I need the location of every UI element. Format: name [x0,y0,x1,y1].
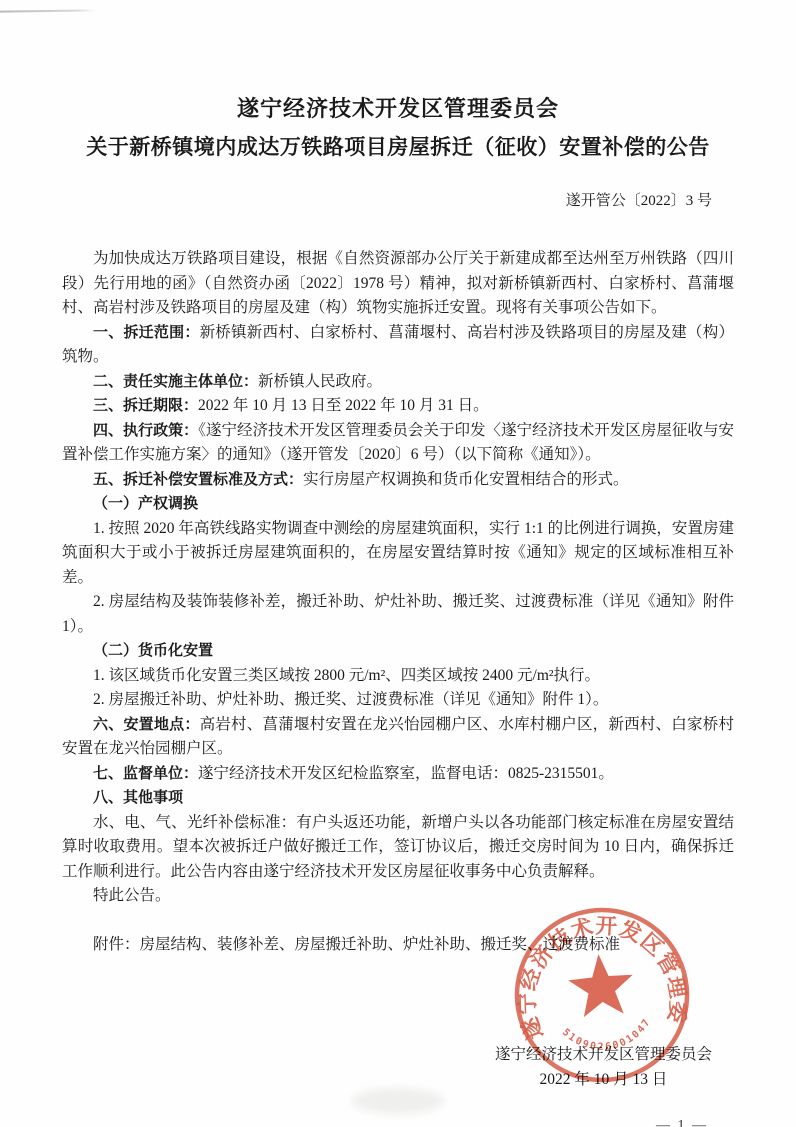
section-responsible-unit: 二、责任实施主体单位：新桥镇人民政府。 [62,370,734,395]
section-deadline: 三、拆迁期限：2022 年 10 月 13 日至 2022 年 10 月 31 … [62,394,734,419]
seal-star-icon [566,951,636,1018]
paragraph-closing: 特此公告。 [62,884,734,909]
page-number: — 1 — [0,1118,796,1127]
section-location: 六、安置地点：高岩村、菖蒲堰村安置在龙兴怡园棚户区、水库村棚户区，新西村、白家桥… [62,713,734,762]
document-subtitle: 关于新桥镇境内成达万铁路项目房屋拆迁（征收）安置补偿的公告 [0,133,796,162]
doc-number: 遂开管公〔2022〕3 号 [0,189,796,210]
item-swap-1: 1. 按照 2020 年高铁线路实物调查中测绘的房屋建筑面积，实行 1:1 的比… [62,517,734,591]
item-monetary-2: 2. 房屋搬迁补助、炉灶补助、搬迁奖、过渡费标准（详见《通知》附件 1）。 [62,688,734,713]
attachment-line: 附件：房屋结构、装修补差、房屋搬迁补助、炉灶补助、搬迁奖、过渡费标准 [62,933,734,958]
section-scope: 一、拆迁范围：新桥镇新西村、白家桥村、菖蒲堰村、高岩村涉及铁路项目的房屋及建（构… [62,321,734,370]
document-body: 为加快成达万铁路项目建设，根据《自然资源部办公厅关于新建成都至达州至万州铁路（四… [62,247,734,957]
scan-artifact-smudge [352,1088,444,1114]
paragraph-intro: 为加快成达万铁路项目建设，根据《自然资源部办公厅关于新建成都至达州至万州铁路（四… [62,247,734,321]
signature-date: 2022 年 10 月 13 日 [495,1067,712,1092]
section-other: 八、其他事项 [62,786,734,811]
signature-block: 遂宁经济技术开发区管理委员会 2022 年 10 月 13 日 [495,1042,712,1092]
document-page: 遂宁经济技术开发区管理委员会 关于新桥镇境内成达万铁路项目房屋拆迁（征收）安置补… [0,0,796,1127]
page-title: 遂宁经济技术开发区管理委员会 [0,94,796,124]
section-policy: 四、执行政策：《遂宁经济技术开发区管理委员会关于印发〈遂宁经济技术开发区房屋征收… [62,419,734,468]
subsection-monetary: （二）货币化安置 [62,639,734,664]
subsection-property-swap: （一）产权调换 [62,492,734,517]
item-swap-2: 2. 房屋结构及装饰装修补差，搬迁补助、炉灶补助、搬迁奖、过渡费标准（详见《通知… [62,590,734,639]
paragraph-other-detail: 水、电、气、光纤补偿标准：有户头返还功能，新增户头以各功能部门核定标准在房屋安置… [62,811,734,885]
signature-org: 遂宁经济技术开发区管理委员会 [495,1042,712,1067]
section-standard: 五、拆迁补偿安置标准及方式：实行房屋产权调换和货币化安置相结合的形式。 [62,468,734,493]
section-supervision: 七、监督单位：遂宁经济技术开发区纪检监察室，监督电话：0825-2315501。 [62,762,734,787]
document-header: 遂宁经济技术开发区管理委员会 关于新桥镇境内成达万铁路项目房屋拆迁（征收）安置补… [0,0,796,162]
item-monetary-1: 1. 该区域货币化安置三类区域按 2800 元/m²、四类区域按 2400 元/… [62,664,734,689]
